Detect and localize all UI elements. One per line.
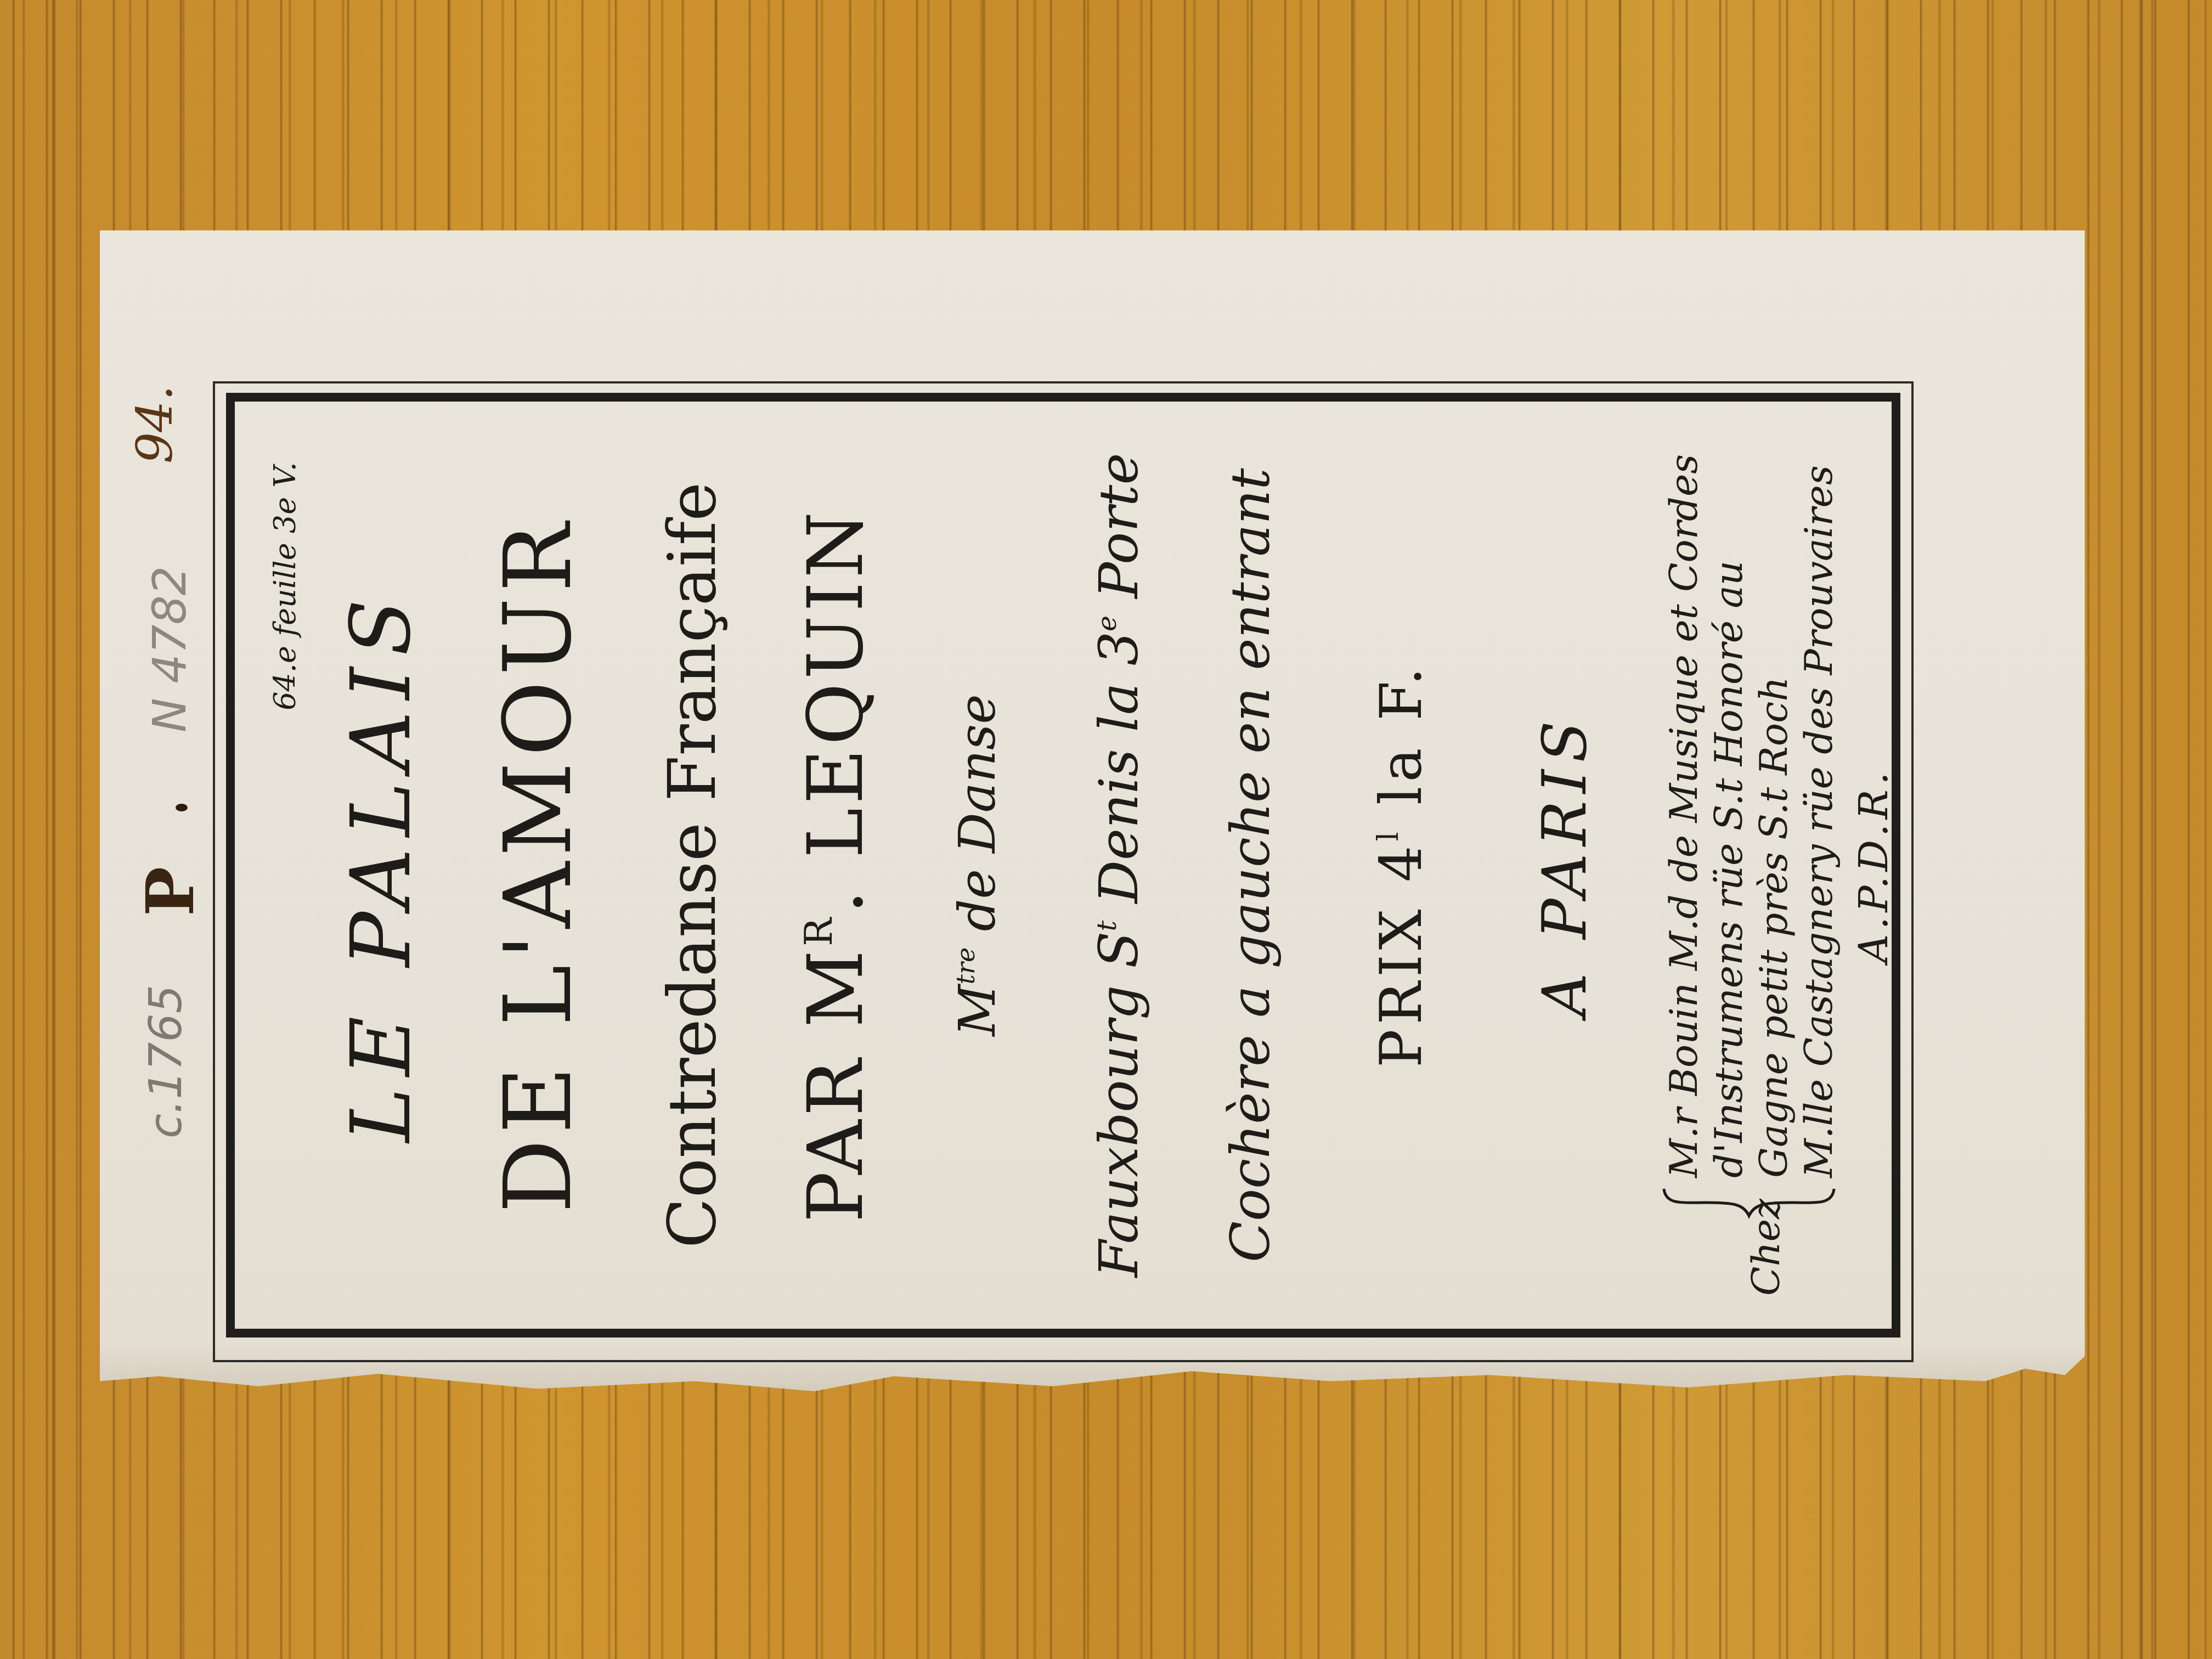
pencil-date-annotation: c.1765 — [140, 985, 192, 1138]
sellers-list: M.r Bouin M.d de Musique et Cordes d'Ins… — [1661, 454, 1841, 1178]
role-text: de Danse — [948, 694, 1007, 947]
author-name: . LEQUIN — [792, 508, 880, 914]
address-part: Fauxbourg S — [1088, 932, 1150, 1278]
role-initial: M — [948, 984, 1007, 1036]
engraved-title-page: 64.e feuille 3e V. LE PALAIS DE L'AMOUR … — [235, 402, 1892, 1329]
address-part: Porte — [1088, 453, 1150, 616]
address-superscript: e — [1091, 616, 1122, 631]
author-role: Mtre de Danse — [948, 402, 1007, 1329]
subtitle: Contredanse Françaife — [654, 402, 731, 1329]
address-part: Denis la 3 — [1088, 631, 1150, 921]
seller-line: M.r Bouin M.d de Musique et Cordes — [1661, 454, 1706, 1178]
table-seam — [52, 0, 55, 1659]
role-superscript: tre — [951, 947, 980, 985]
seller-line: d'Instrumens rüe S.t Honoré au — [1706, 454, 1751, 1178]
curly-brace-icon — [1661, 1186, 1837, 1219]
address-superscript: t — [1091, 921, 1122, 932]
price-suffix: la F. — [1368, 663, 1435, 827]
price-line: PRIX 4l la F. — [1368, 402, 1435, 1329]
price-unit: l — [1372, 827, 1405, 841]
author-superscript: R — [797, 914, 841, 946]
seller-line: Gagne petit près S.t Roch — [1751, 454, 1796, 1178]
author-line: PAR MR. LEQUIN — [792, 402, 880, 1329]
price-amount: PRIX 4 — [1368, 841, 1435, 1068]
rotated-content-area: 64.e feuille 3e V. LE PALAIS DE L'AMOUR … — [235, 402, 1892, 1329]
title-line-1: LE PALAIS — [334, 402, 429, 1329]
author-prefix: PAR M — [792, 946, 880, 1222]
ink-dot-mark — [176, 804, 188, 811]
address-line-2: Cochère a gauche en entrant — [1220, 402, 1282, 1329]
imprint-city: A PARIS — [1530, 402, 1600, 1329]
table-seam — [2140, 0, 2143, 1659]
ink-letter-annotation: P — [132, 867, 209, 916]
seller-line: M.lle Castagnery rüe des Prouvaires — [1796, 454, 1841, 1178]
folio-mark: 64.e feuille 3e V. — [268, 462, 302, 710]
sellers-block: Chez M.r Bouin M.d de Musique et Cordes … — [1661, 440, 1842, 1296]
privilege-mark: A.P.D.R. — [1850, 402, 1897, 1329]
pencil-accession-number: N 4782 — [143, 566, 196, 732]
title-line-2: DE L'AMOUR — [484, 402, 592, 1329]
address-line-1: Fauxbourg St Denis la 3e Porte — [1088, 402, 1150, 1329]
ink-page-number: 94. — [126, 385, 184, 464]
